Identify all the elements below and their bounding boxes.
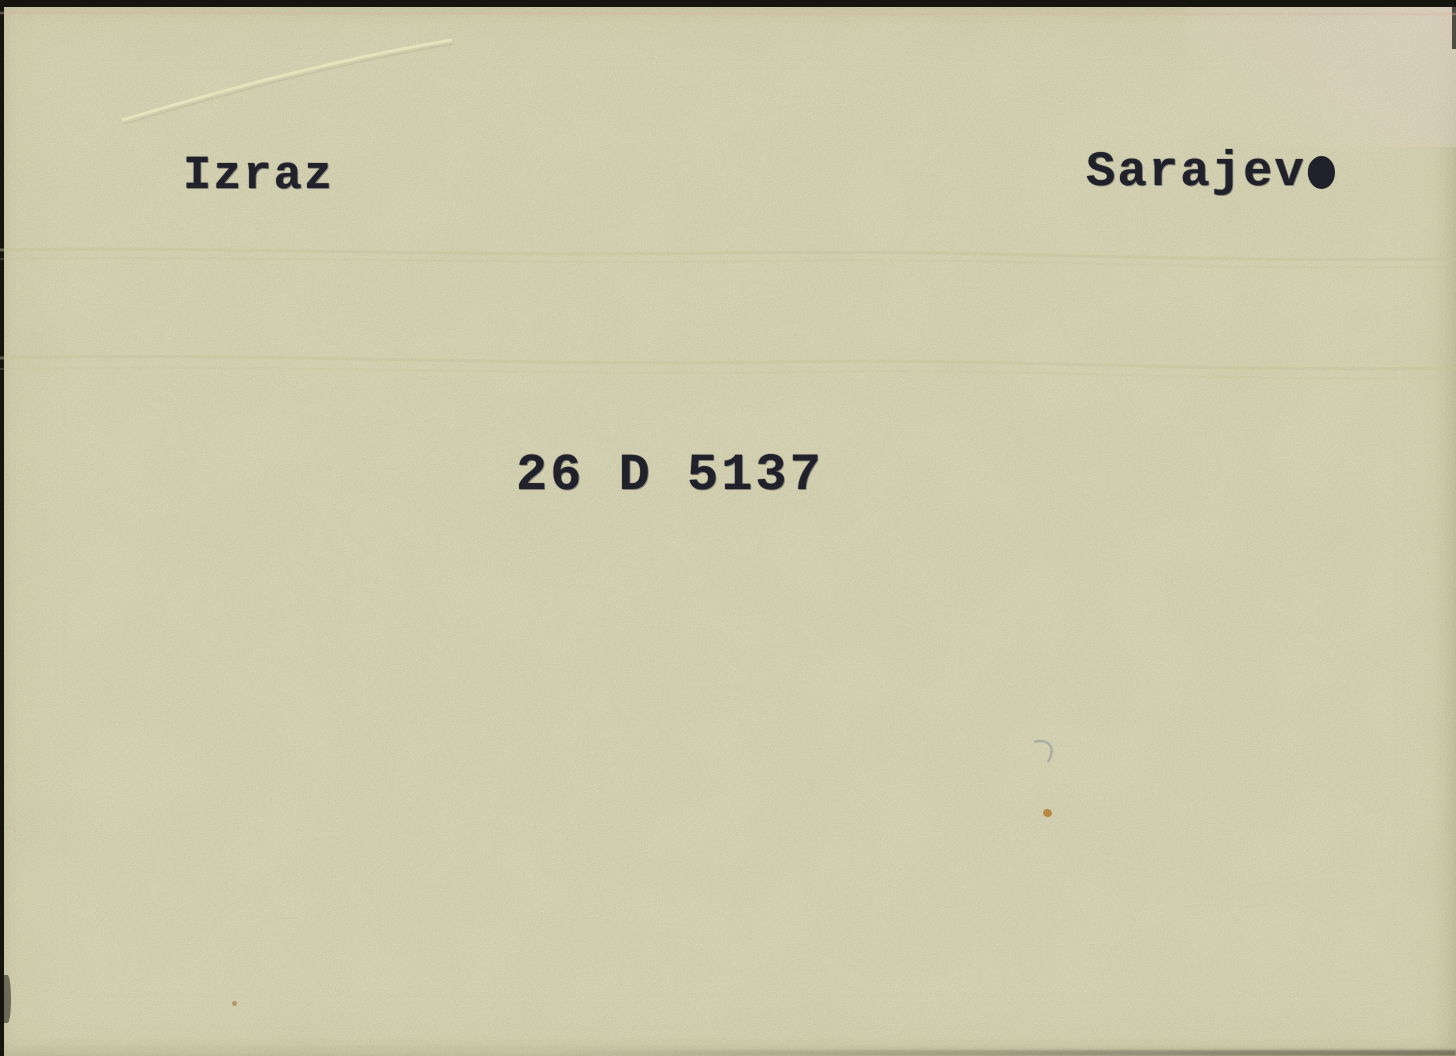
card-catalog-number: 26 D 5137 [516,446,824,505]
paper-speck [1042,808,1053,819]
bottom-edge-shadow [556,1050,1456,1056]
paper-discoloration-patch [1186,7,1456,147]
scanner-background: Izraz Sarajevo 26 D 5137 [0,0,1456,1056]
paper-speck [232,1001,237,1006]
scanner-edge-sliver [1452,7,1456,49]
card-city: Sarajevo [1086,144,1337,200]
left-edge-notch [4,975,11,1023]
card-term: Izraz [183,150,334,203]
